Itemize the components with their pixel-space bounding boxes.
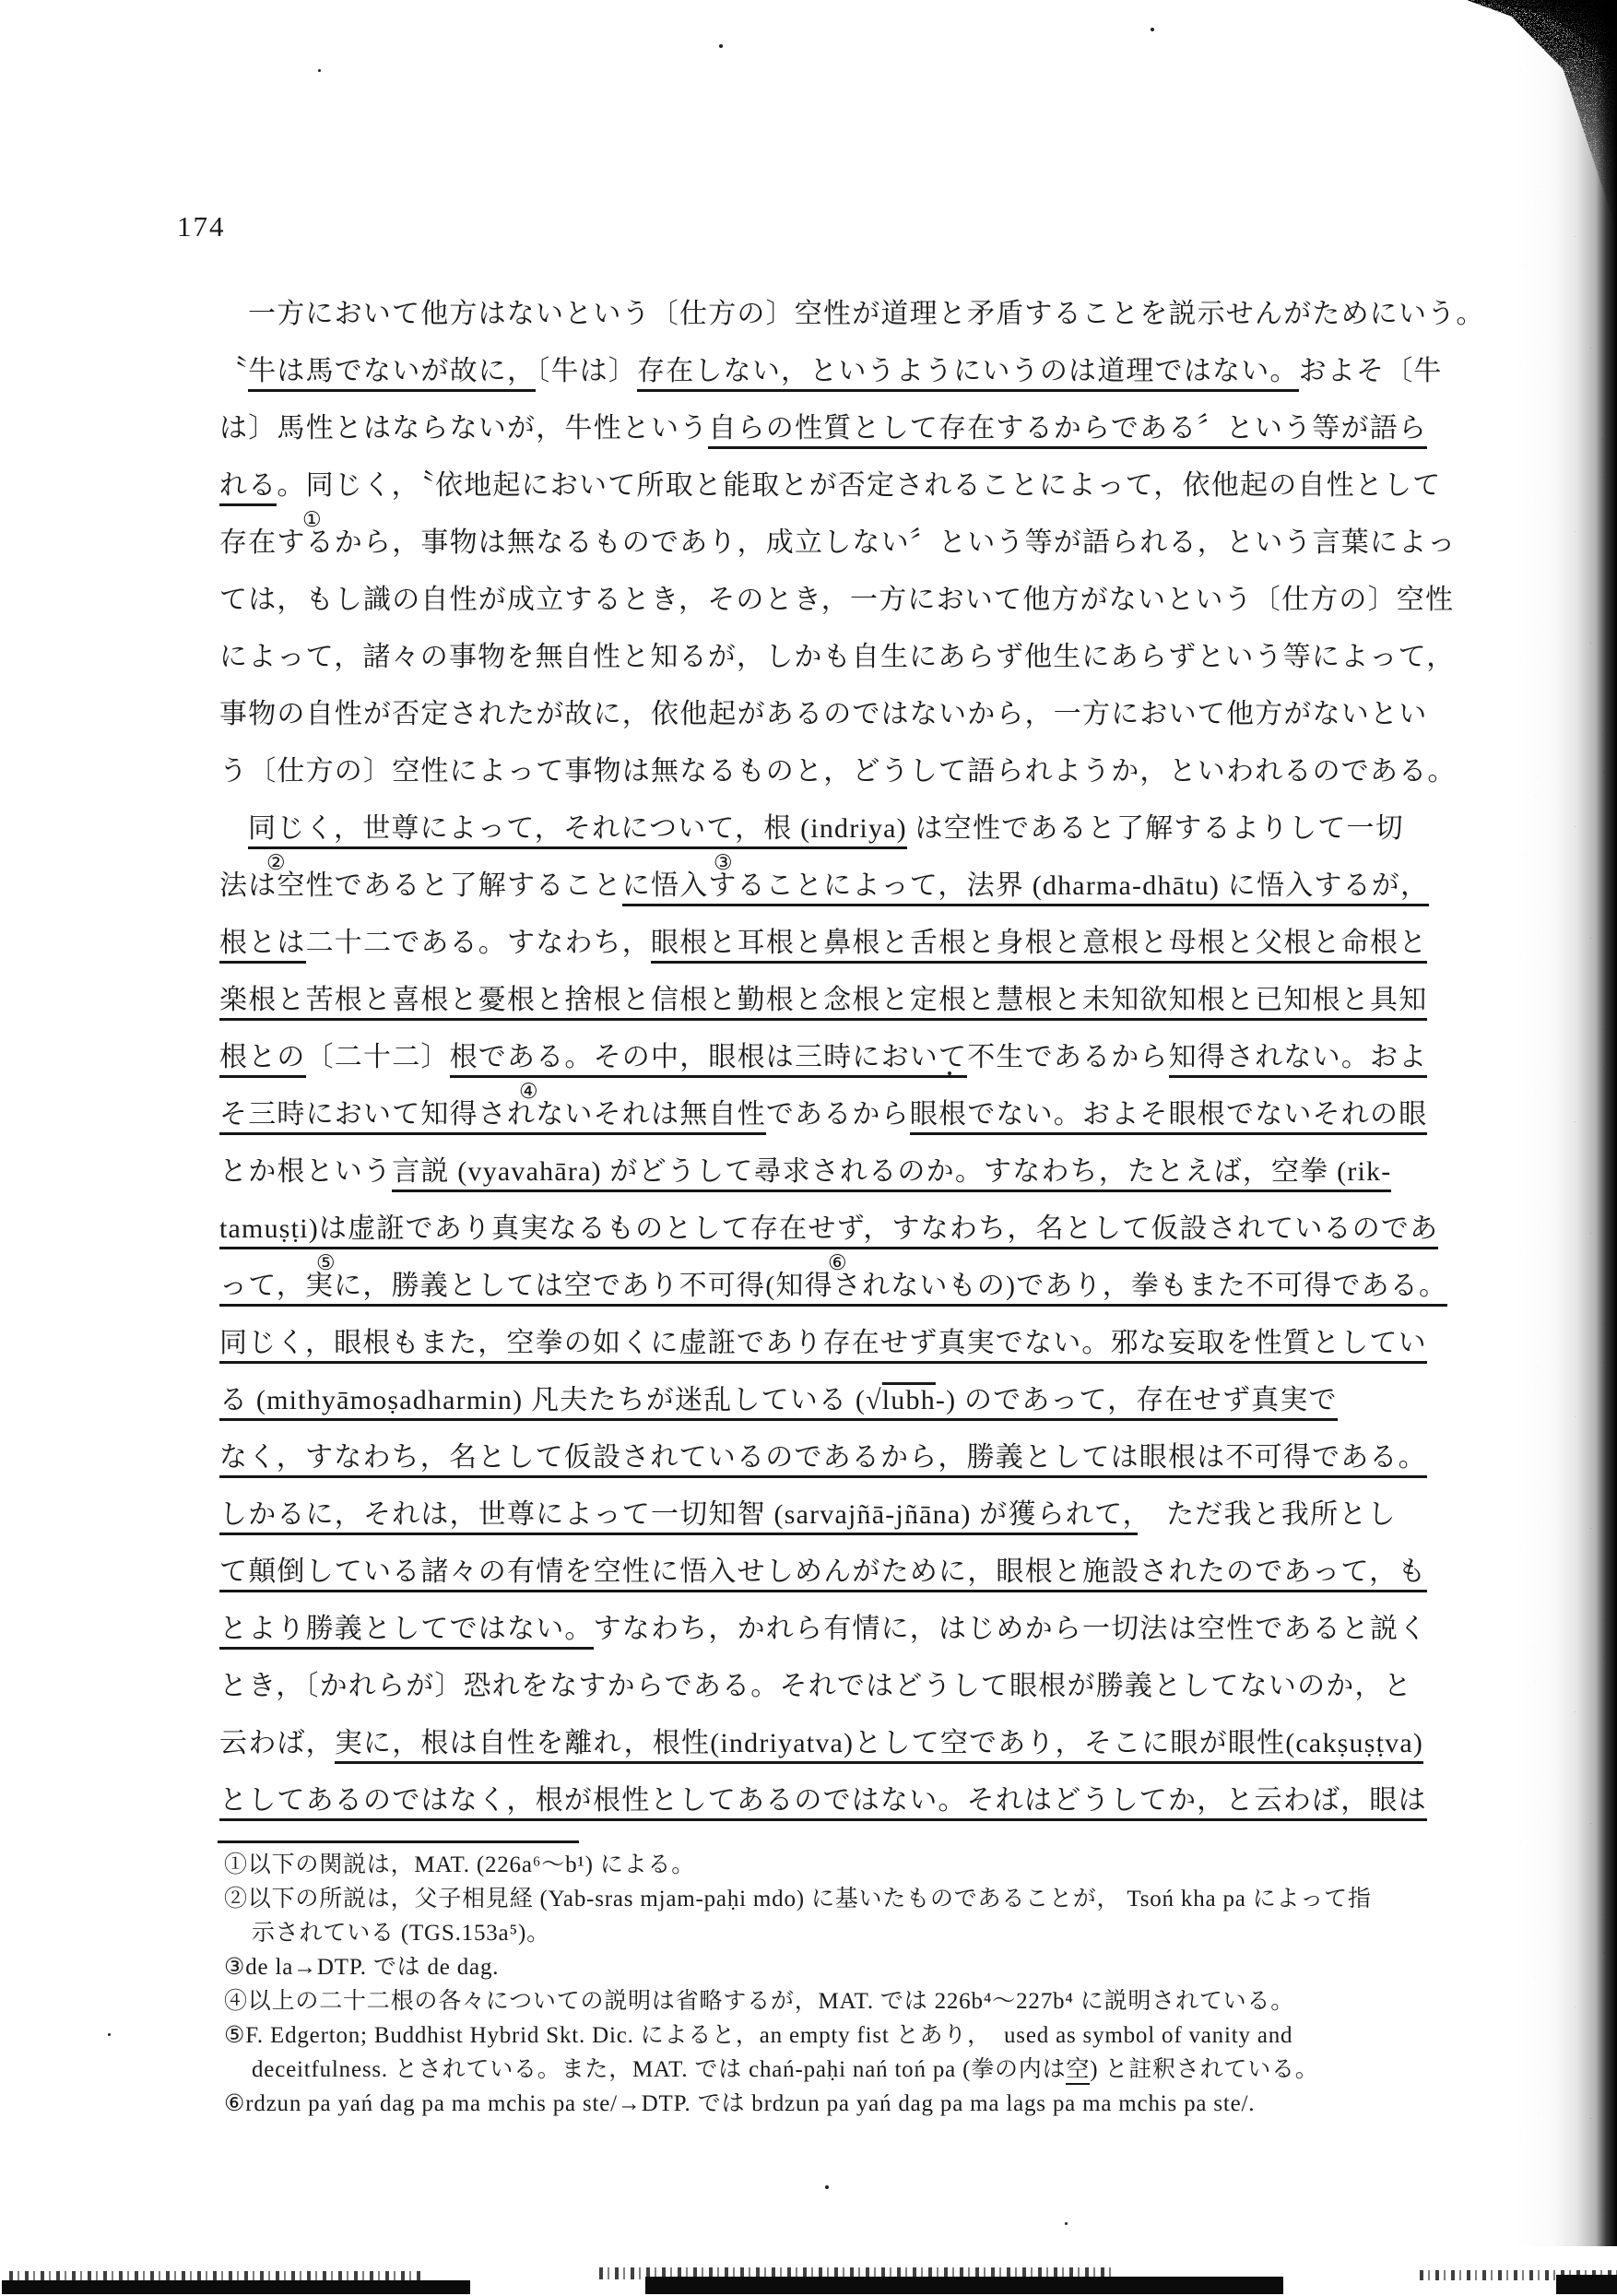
footnotes: ①以下の関説は，MAT. (226a⁶〜b¹) による。②以下の所説は，父子相見… [224, 1850, 1459, 2123]
body-line: ては，もし識の自性が成立するとき，そのとき，一方において他方がないという〔仕方の… [219, 579, 1473, 636]
scan-artifact-bottom-edge [1556, 2275, 1617, 2294]
body-line: とき，〔かれらが〕恐れをなすからである。それではどうして眼根が勝義としてないのか… [219, 1665, 1473, 1722]
body-line: る (mithyāmoṣadharmin) 凡夫たちが迷乱している (√lubh… [219, 1379, 1473, 1437]
footnote-line: ⑤F. Edgerton; Buddhist Hybrid Skt. Dic. … [224, 2020, 1459, 2054]
footnote-marker: ④ [519, 1081, 538, 1102]
body-line: そ三時において知得されないそれは無自性であるから眼根でない。およそ眼根でないそれ… [219, 1094, 1473, 1151]
footnote-marker: ③ [714, 852, 733, 873]
footnote-line: deceitfulness. とされている。また，MAT. では chań-pa… [224, 2054, 1459, 2089]
footnote-line: ①以下の関説は，MAT. (226a⁶〜b¹) による。 [224, 1850, 1459, 1884]
body-line: なく，すなわち，名として仮設されているのであるから，勝義としては眼根は不可得であ… [219, 1437, 1473, 1494]
body-line: によって，諸々の事物を無自性と知るが，しかも自生にあらず他生にあらずという等によ… [219, 636, 1473, 693]
scan-artifact-bottom-edge [2, 2280, 470, 2294]
footnote-marker: ① [302, 509, 322, 530]
toner-speck [318, 69, 321, 72]
body-text: 一方において他方はないという〔仕方の〕空性が道理と矛盾することを説示せんがために… [219, 293, 1473, 1837]
toner-speck [108, 2033, 111, 2036]
footnote-line: ②以下の所説は，父子相見経 (Yab-sras mjam-paḥi mdo) に… [224, 1884, 1459, 1918]
body-line: しかるに，それは，世尊によって一切知智 (sarvajñā-jñāna) が獲ら… [219, 1494, 1473, 1551]
toner-speck [1151, 28, 1154, 31]
body-line: て顛倒している諸々の有情を空性に悟入せしめんがために，眼根と施設されたのであって… [219, 1551, 1473, 1608]
body-line: 存在するから，事物は無なるものであり，成立しない〞という等が語られる，という言葉… [219, 522, 1473, 579]
body-line: 根との〔二十二〕根である。その中，眼根は三時において不生であるから知得されない。… [219, 1036, 1473, 1094]
body-line: 法は空性であると了解することに悟入することによって，法界 (dharma-dhā… [219, 865, 1473, 922]
toner-speck [719, 44, 723, 48]
body-line: う〔仕方の〕空性によって事物は無なるものと，どうして語られようか，といわれるので… [219, 751, 1473, 808]
toner-speck [825, 2185, 829, 2189]
body-line: は〕馬性とはならないが，牛性という自らの性質として存在するからである〞という等が… [219, 408, 1473, 465]
footnote-marker: ⑥ [828, 1252, 847, 1273]
body-line: れる。同じく，〝依地起において所取と能取とが否定されることによって，依他起の自性… [219, 465, 1473, 522]
body-line: 同じく，眼根もまた，空拳の如くに虚誑であり存在せず真実でない。邪な妄取を性質とし… [219, 1322, 1473, 1379]
scan-artifact-bottom-edge [645, 2277, 1283, 2294]
footnote-marker: ② [266, 852, 286, 873]
footnote-line: ⑥rdzun pa yań dag pa ma mchis pa ste/→DT… [224, 2089, 1459, 2123]
body-line: 根とは二十二である。すなわち，眼根と耳根と鼻根と舌根と身根と意根と母根と父根と命… [219, 922, 1473, 979]
body-line: 事物の自性が否定されたが故に，依他起があるのではないから，一方において他方がない… [219, 693, 1473, 751]
footnote-line: 示されている (TGS.153a⁵)。 [224, 1918, 1459, 1952]
body-line: 云わば，実に，根は自性を離れ，根性(indriyatva)として空であり，そこに… [219, 1722, 1473, 1780]
page-number: 174 [177, 210, 226, 243]
footnote-line: ③de la→DTP. では de dag. [224, 1952, 1459, 1986]
body-line: としてあるのではなく，根が根性としてあるのではない。それはどうしてか，と云わば，… [219, 1780, 1473, 1837]
scan-noise-right [1475, 0, 1617, 2246]
body-line: 〝牛は馬でないが故に，〔牛は〕存在しない，というようにいうのは道理ではない。およ… [219, 350, 1473, 408]
footnote-separator [218, 1840, 579, 1843]
footnote-line: ④以上の二十二根の各々についての説明は省略するが，MAT. では 226b⁴〜2… [224, 1986, 1459, 2020]
body-line: 楽根と苦根と喜根と憂根と捨根と信根と勤根と念根と定根と慧根と未知欲知根と已知根と… [219, 979, 1473, 1036]
toner-speck [1065, 2222, 1068, 2225]
body-line: 一方において他方はないという〔仕方の〕空性が道理と矛盾することを説示せんがために… [219, 293, 1473, 350]
body-line: 同じく，世尊によって，それについて，根 (indriya) は空性であると了解す… [219, 808, 1473, 865]
footnote-marker: ⑤ [316, 1252, 336, 1273]
body-line: とか根という言説 (vyavahāra) がどうして尋求されるのか。すなわち，た… [219, 1151, 1473, 1208]
toner-speck [948, 1071, 951, 1075]
scanned-page: 174 一方において他方はないという〔仕方の〕空性が道理と矛盾することを説示せん… [0, 0, 1617, 2296]
body-line: とより勝義としてではない。すなわち，かれら有情に，はじめから一切法は空性であると… [219, 1608, 1473, 1665]
